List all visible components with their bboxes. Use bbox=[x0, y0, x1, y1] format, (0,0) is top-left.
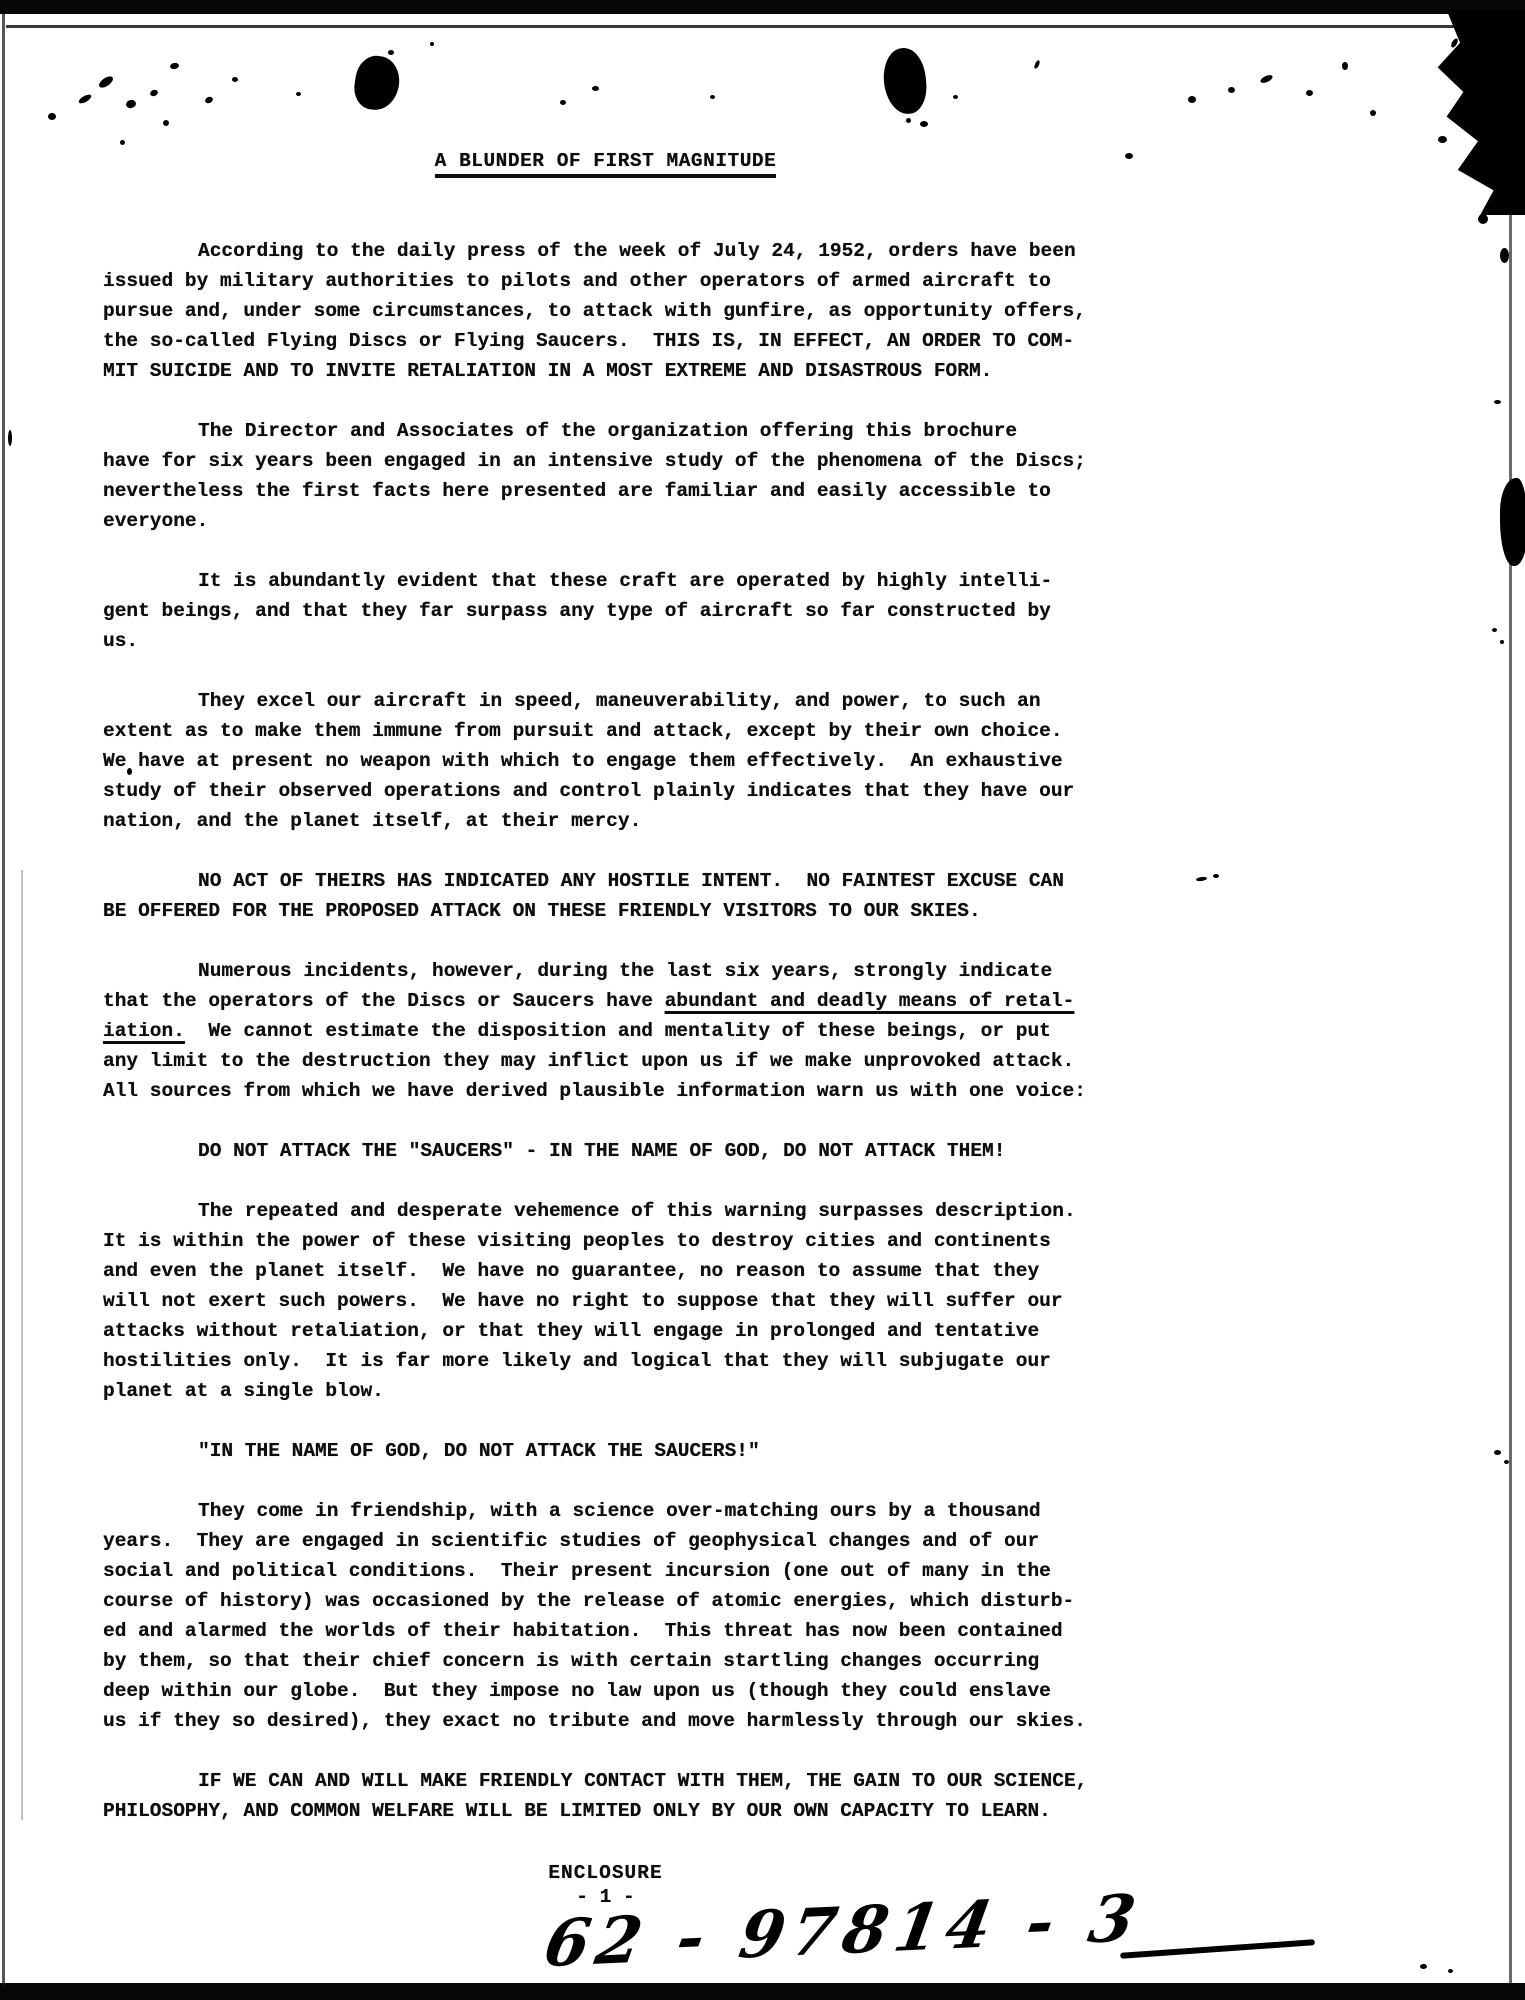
ink-speck bbox=[1228, 87, 1235, 93]
paragraph: Numerous incidents, however, during the … bbox=[103, 956, 1108, 1106]
text-segment: that the operators of the Discs or Sauce… bbox=[103, 990, 665, 1012]
scan-corner-shadow bbox=[1413, 10, 1525, 215]
text-line: "IN THE NAME OF GOD, DO NOT ATTACK THE S… bbox=[103, 1436, 1108, 1466]
ink-speck bbox=[1306, 90, 1313, 96]
enclosure-label: ENCLOSURE bbox=[103, 1862, 1108, 1884]
paragraph: NO ACT OF THEIRS HAS INDICATED ANY HOSTI… bbox=[103, 866, 1108, 926]
text-line: by them, so that their chief concern is … bbox=[103, 1646, 1108, 1676]
ink-speck bbox=[149, 89, 159, 97]
paragraph: According to the daily press of the week… bbox=[103, 236, 1108, 386]
ink-speck bbox=[1492, 628, 1497, 632]
ink-speck bbox=[204, 96, 214, 105]
text-line: and even the planet itself. We have no g… bbox=[103, 1256, 1108, 1286]
text-line: deep within our globe. But they impose n… bbox=[103, 1676, 1108, 1706]
ink-speck bbox=[127, 768, 132, 775]
underlined-text: iation. bbox=[103, 1020, 185, 1042]
text-line: study of their observed operations and c… bbox=[103, 776, 1108, 806]
quote-paragraph: "IN THE NAME OF GOD, DO NOT ATTACK THE S… bbox=[103, 1436, 1108, 1466]
text-line: issued by military authorities to pilots… bbox=[103, 266, 1108, 296]
ink-speck bbox=[388, 50, 394, 55]
text-line: It is abundantly evident that these craf… bbox=[103, 566, 1108, 596]
text-line: gent beings, and that they far surpass a… bbox=[103, 596, 1108, 626]
text-line: attacks without retaliation, or that the… bbox=[103, 1316, 1108, 1346]
ink-blot bbox=[351, 53, 402, 113]
text-line: pursue and, under some circumstances, to… bbox=[103, 296, 1108, 326]
ink-speck bbox=[1188, 96, 1196, 103]
text-line: any limit to the destruction they may in… bbox=[103, 1046, 1108, 1076]
text-line: hostilities only. It is far more likely … bbox=[103, 1346, 1108, 1376]
text-line: extent as to make them immune from pursu… bbox=[103, 716, 1108, 746]
paragraph: The repeated and desperate vehemence of … bbox=[103, 1196, 1108, 1406]
ink-blot bbox=[881, 46, 929, 115]
text-line: NO ACT OF THEIRS HAS INDICATED ANY HOSTI… bbox=[103, 866, 1108, 896]
text-line: The Director and Associates of the organ… bbox=[103, 416, 1108, 446]
ink-blot bbox=[1500, 478, 1525, 566]
ink-speck bbox=[77, 93, 92, 105]
paragraph: It is abundantly evident that these craf… bbox=[103, 566, 1108, 656]
paragraph: They come in friendship, with a science … bbox=[103, 1496, 1108, 1736]
document-text-column: A BLUNDER OF FIRST MAGNITUDE According t… bbox=[103, 150, 1108, 1908]
paragraph: IF WE CAN AND WILL MAKE FRIENDLY CONTACT… bbox=[103, 1766, 1108, 1826]
scan-edge-bottom bbox=[0, 1983, 1525, 2000]
ink-speck bbox=[1213, 874, 1219, 878]
document-body: According to the daily press of the week… bbox=[103, 236, 1108, 1826]
ink-speck bbox=[592, 86, 599, 91]
ink-speck bbox=[1438, 136, 1447, 143]
ink-speck bbox=[163, 120, 169, 126]
ink-speck bbox=[906, 118, 911, 123]
ink-speck bbox=[97, 74, 115, 90]
scan-fold-line bbox=[21, 870, 23, 1820]
scanned-document-page: A BLUNDER OF FIRST MAGNITUDE According t… bbox=[0, 0, 1525, 2000]
ink-speck bbox=[920, 121, 928, 127]
text-line: that the operators of the Discs or Sauce… bbox=[103, 986, 1108, 1016]
ink-speck bbox=[1504, 1460, 1509, 1464]
text-line: course of history) was occasioned by the… bbox=[103, 1586, 1108, 1616]
ink-speck bbox=[430, 42, 434, 46]
text-line: MIT SUICIDE AND TO INVITE RETALIATION IN… bbox=[103, 356, 1108, 386]
text-line: planet at a single blow. bbox=[103, 1376, 1108, 1406]
scan-edge-top-line bbox=[6, 25, 1512, 28]
ink-speck bbox=[710, 95, 715, 99]
paragraph: They excel our aircraft in speed, maneuv… bbox=[103, 686, 1108, 836]
text-line: have for six years been engaged in an in… bbox=[103, 446, 1108, 476]
ink-speck bbox=[1033, 60, 1040, 70]
ink-speck bbox=[1448, 1969, 1453, 1973]
ink-speck bbox=[232, 77, 238, 82]
text-line: Numerous incidents, however, during the … bbox=[103, 956, 1108, 986]
ink-speck bbox=[120, 140, 125, 145]
text-line: nation, and the planet itself, at their … bbox=[103, 806, 1108, 836]
text-line: They come in friendship, with a science … bbox=[103, 1496, 1108, 1526]
ink-speck bbox=[8, 430, 12, 446]
ink-speck bbox=[125, 99, 137, 109]
text-line: us. bbox=[103, 626, 1108, 656]
text-line: PHILOSOPHY, AND COMMON WELFARE WILL BE L… bbox=[103, 1796, 1108, 1826]
ink-speck bbox=[1494, 400, 1501, 404]
ink-speck bbox=[1196, 876, 1207, 881]
ink-speck bbox=[296, 92, 301, 96]
ink-blot bbox=[1500, 248, 1509, 263]
quote-paragraph: DO NOT ATTACK THE "SAUCERS" - IN THE NAM… bbox=[103, 1136, 1108, 1166]
ink-speck bbox=[1494, 1450, 1501, 1455]
text-line: It is within the power of these visiting… bbox=[103, 1226, 1108, 1256]
text-line: iation. We cannot estimate the dispositi… bbox=[103, 1016, 1108, 1046]
text-line: us if they so desired), they exact no tr… bbox=[103, 1706, 1108, 1736]
ink-speck bbox=[48, 113, 56, 120]
ink-speck bbox=[1259, 74, 1273, 85]
ink-speck bbox=[1125, 153, 1133, 159]
text-line: IF WE CAN AND WILL MAKE FRIENDLY CONTACT… bbox=[103, 1766, 1108, 1796]
page-title: A BLUNDER OF FIRST MAGNITUDE bbox=[103, 150, 1108, 172]
page-title-text: A BLUNDER OF FIRST MAGNITUDE bbox=[435, 150, 777, 178]
ink-speck bbox=[560, 100, 566, 105]
ink-speck bbox=[1370, 110, 1376, 116]
ink-speck bbox=[953, 95, 958, 99]
text-line: social and political conditions. Their p… bbox=[103, 1556, 1108, 1586]
ink-speck bbox=[1342, 62, 1348, 70]
ink-speck bbox=[1420, 1964, 1427, 1969]
text-line: According to the daily press of the week… bbox=[103, 236, 1108, 266]
underlined-text: abundant and deadly means of retal- bbox=[665, 990, 1075, 1012]
ink-speck bbox=[170, 62, 180, 69]
text-line: The repeated and desperate vehemence of … bbox=[103, 1196, 1108, 1226]
text-line: We have at present no weapon with which … bbox=[103, 746, 1108, 776]
text-line: BE OFFERED FOR THE PROPOSED ATTACK ON TH… bbox=[103, 896, 1108, 926]
text-line: years. They are engaged in scientific st… bbox=[103, 1526, 1108, 1556]
paragraph: The Director and Associates of the organ… bbox=[103, 416, 1108, 536]
text-segment: We cannot estimate the disposition and m… bbox=[185, 1020, 1051, 1042]
ink-speck bbox=[1500, 640, 1504, 644]
text-line: ed and alarmed the worlds of their habit… bbox=[103, 1616, 1108, 1646]
text-line: will not exert such powers. We have no r… bbox=[103, 1286, 1108, 1316]
ink-blot bbox=[1478, 214, 1488, 224]
text-line: everyone. bbox=[103, 506, 1108, 536]
text-line: They excel our aircraft in speed, maneuv… bbox=[103, 686, 1108, 716]
scan-edge-right bbox=[1509, 205, 1512, 1985]
text-line: DO NOT ATTACK THE "SAUCERS" - IN THE NAM… bbox=[103, 1136, 1108, 1166]
scan-edge-top bbox=[0, 0, 1525, 14]
text-line: nevertheless the first facts here presen… bbox=[103, 476, 1108, 506]
text-line: All sources from which we have derived p… bbox=[103, 1076, 1108, 1106]
scan-edge-left bbox=[2, 14, 5, 1986]
text-line: the so-called Flying Discs or Flying Sau… bbox=[103, 326, 1108, 356]
